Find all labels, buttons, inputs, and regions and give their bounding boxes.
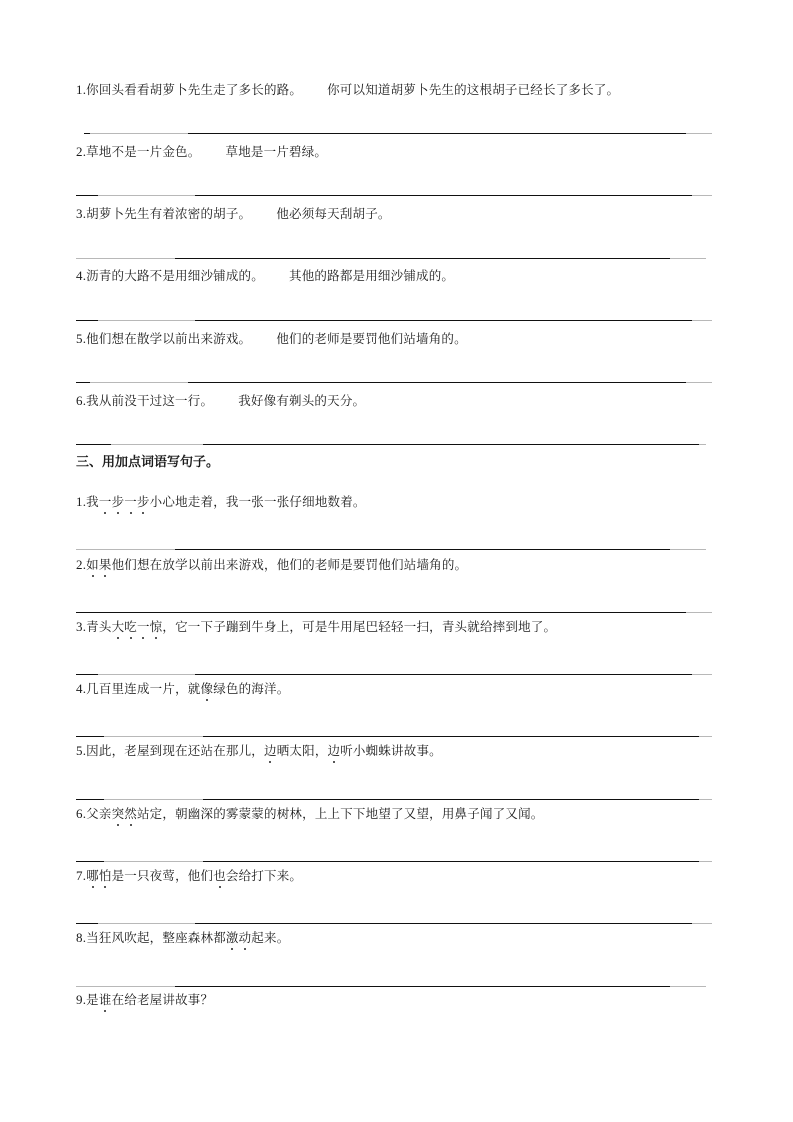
item-number: 5. bbox=[76, 331, 86, 346]
emphasis-dot-char: 一 bbox=[99, 494, 112, 510]
sentence-a: 胡萝卜先生有着浓密的胡子。 bbox=[86, 206, 251, 221]
answer-line-segment bbox=[686, 612, 712, 613]
sentence-item: 4.几百里连成一片，就像绿色的海洋。 bbox=[76, 681, 289, 697]
answer-line-segment bbox=[195, 674, 692, 675]
emphasis-dot-char: 一 bbox=[137, 619, 150, 635]
answer-line-segment bbox=[188, 133, 686, 134]
answer-line-segment bbox=[203, 861, 699, 862]
sentence-pair-item: 4.沥青的大路不是用细沙铺成的。 其他的路都是用细沙铺成的。 bbox=[76, 268, 454, 284]
sentence-a: 你回头看看胡萝卜先生走了多长的路。 bbox=[86, 82, 302, 97]
sentence-item: 2.如果他们想在放学以前出来游戏，他们的老师是要罚他们站墙角的。 bbox=[76, 557, 467, 573]
answer-line-segment bbox=[203, 736, 699, 737]
spacer bbox=[264, 268, 289, 283]
answer-line[interactable] bbox=[0, 986, 793, 988]
sentence-item: 8.当狂风吹起，整座森林都激动起来。 bbox=[76, 930, 289, 946]
answer-line-segment bbox=[686, 382, 712, 383]
sentence-a: 他们想在散学以前出来游戏。 bbox=[86, 331, 251, 346]
answer-line[interactable] bbox=[0, 799, 793, 801]
answer-line-segment bbox=[76, 861, 104, 862]
item-number: 4. bbox=[76, 681, 86, 696]
answer-line[interactable] bbox=[0, 444, 793, 446]
answer-line-segment bbox=[692, 195, 712, 196]
emphasis-dot-char: 步 bbox=[137, 494, 150, 510]
sentence-item: 1.我一步一步小心地走着，我一张一张仔细地数着。 bbox=[76, 494, 366, 510]
answer-line[interactable] bbox=[0, 382, 793, 384]
answer-line[interactable] bbox=[0, 612, 793, 614]
item-number: 9. bbox=[76, 992, 86, 1007]
emphasis-dot-char: 果 bbox=[99, 557, 112, 573]
answer-line[interactable] bbox=[0, 195, 793, 197]
item-number: 8. bbox=[76, 930, 86, 945]
spacer bbox=[200, 144, 225, 159]
sentence-b: 我好像有剃头的天分。 bbox=[238, 393, 365, 408]
sentence-item: 5.因此，老屋到现在还站在那儿，边晒太阳，边听小蜘蛛讲故事。 bbox=[76, 743, 442, 759]
item-number: 6. bbox=[76, 393, 86, 408]
sentence-pair-item: 5.他们想在散学以前出来游戏。 他们的老师是要罚他们站墙角的。 bbox=[76, 331, 467, 347]
answer-line-segment bbox=[203, 799, 699, 800]
answer-line-segment bbox=[699, 861, 712, 862]
sentence-a: 草地不是一片金色。 bbox=[86, 144, 200, 159]
answer-line-segment bbox=[98, 320, 195, 321]
item-number: 4. bbox=[76, 268, 86, 283]
emphasis-dot-char: 激 bbox=[226, 930, 239, 946]
emphasis-dot-char: 边 bbox=[264, 743, 277, 759]
emphasis-dot-char: 然 bbox=[124, 806, 137, 822]
answer-line-segment bbox=[692, 674, 712, 675]
emphasis-dot-char: 大 bbox=[112, 619, 125, 635]
item-number: 3. bbox=[76, 206, 86, 221]
sentence-b: 你可以知道胡萝卜先生的这根胡子已经长了多长了。 bbox=[327, 82, 619, 97]
answer-line-segment bbox=[670, 258, 706, 259]
sentence-item: 9.是谁在给老屋讲故事？ bbox=[76, 992, 213, 1008]
answer-line-segment bbox=[188, 382, 686, 383]
sentence-text: 哪怕是一只夜莺，他们也会给打下来。 bbox=[86, 868, 302, 883]
sentence-a: 我从前没干过这一行。 bbox=[86, 393, 213, 408]
item-number: 7. bbox=[76, 868, 86, 883]
answer-line[interactable] bbox=[0, 674, 793, 676]
answer-line[interactable] bbox=[0, 320, 793, 322]
answer-line[interactable] bbox=[0, 549, 793, 551]
answer-line-segment bbox=[76, 986, 175, 987]
emphasis-dot-char: 动 bbox=[239, 930, 252, 946]
answer-line-segment bbox=[111, 444, 203, 445]
item-number: 1. bbox=[76, 494, 86, 509]
emphasis-dot-char: 也 bbox=[213, 868, 226, 884]
emphasis-dot-char: 突 bbox=[112, 806, 125, 822]
answer-line-segment bbox=[90, 382, 188, 383]
item-number: 5. bbox=[76, 743, 86, 758]
answer-line[interactable] bbox=[0, 133, 793, 135]
emphasis-dot-char: 边 bbox=[328, 743, 341, 759]
sentence-b: 草地是一片碧绿。 bbox=[226, 144, 328, 159]
item-number: 1. bbox=[76, 82, 86, 97]
sentence-b: 他必须每天刮胡子。 bbox=[276, 206, 390, 221]
emphasis-dot-char: 一 bbox=[124, 494, 137, 510]
answer-line-segment bbox=[76, 736, 104, 737]
answer-line-segment bbox=[175, 258, 670, 259]
answer-line-segment bbox=[175, 549, 670, 550]
answer-line-segment bbox=[98, 674, 195, 675]
answer-line-segment bbox=[76, 195, 98, 196]
sentence-a: 沥青的大路不是用细沙铺成的。 bbox=[86, 268, 264, 283]
answer-line-segment bbox=[76, 382, 90, 383]
emphasis-dot-char: 吃 bbox=[124, 619, 137, 635]
spacer bbox=[251, 206, 276, 221]
sentence-pair-item: 2.草地不是一片金色。 草地是一片碧绿。 bbox=[76, 144, 327, 160]
item-number: 2. bbox=[76, 557, 86, 572]
emphasis-dot-char: 怕 bbox=[99, 868, 112, 884]
sentence-text: 我一步一步小心地走着，我一张一张仔细地数着。 bbox=[86, 494, 365, 509]
answer-line-segment bbox=[98, 923, 195, 924]
answer-line-segment bbox=[90, 612, 188, 613]
emphasis-dot-char: 惊 bbox=[150, 619, 163, 635]
answer-line-segment bbox=[692, 320, 712, 321]
answer-line-segment bbox=[76, 799, 104, 800]
spacer bbox=[251, 331, 276, 346]
sentence-b: 他们的老师是要罚他们站墙角的。 bbox=[276, 331, 467, 346]
answer-line-segment bbox=[76, 444, 111, 445]
item-number: 2. bbox=[76, 144, 86, 159]
answer-line-segment bbox=[104, 736, 203, 737]
sentence-text: 因此，老屋到现在还站在那儿，边晒太阳，边听小蜘蛛讲故事。 bbox=[86, 743, 442, 758]
item-number: 6. bbox=[76, 806, 86, 821]
answer-line-segment bbox=[195, 320, 692, 321]
answer-line-segment bbox=[692, 923, 712, 924]
answer-line-segment bbox=[195, 923, 692, 924]
sentence-b: 其他的路都是用细沙铺成的。 bbox=[289, 268, 454, 283]
answer-line-segment bbox=[76, 549, 175, 550]
answer-line-segment bbox=[76, 612, 90, 613]
emphasis-dot-char: 谁 bbox=[99, 992, 112, 1008]
sentence-text: 当狂风吹起，整座森林都激动起来。 bbox=[86, 930, 289, 945]
sentence-pair-item: 3.胡萝卜先生有着浓密的胡子。 他必须每天刮胡子。 bbox=[76, 206, 391, 222]
emphasis-dot-char: 如 bbox=[86, 557, 99, 573]
sentence-item: 7.哪怕是一只夜莺，他们也会给打下来。 bbox=[76, 868, 302, 884]
answer-line[interactable] bbox=[0, 736, 793, 738]
answer-line-segment bbox=[98, 195, 195, 196]
sentence-text: 几百里连成一片，就像绿色的海洋。 bbox=[86, 681, 289, 696]
answer-line-segment bbox=[699, 444, 706, 445]
answer-line-segment bbox=[175, 986, 670, 987]
answer-line[interactable] bbox=[0, 258, 793, 260]
spacer bbox=[213, 393, 238, 408]
answer-line-segment bbox=[699, 736, 712, 737]
answer-line-segment bbox=[188, 612, 686, 613]
sentence-pair-item: 1.你回头看看胡萝卜先生走了多长的路。 你可以知道胡萝卜先生的这根胡子已经长了多… bbox=[76, 82, 619, 98]
answer-line-segment bbox=[686, 133, 712, 134]
answer-line-segment bbox=[670, 986, 706, 987]
sentence-item: 6.父亲突然站定，朝幽深的雾蒙蒙的树林，上上下下地望了又望，用鼻子闻了又闻。 bbox=[76, 806, 543, 822]
answer-line-segment bbox=[76, 320, 98, 321]
answer-line-segment bbox=[670, 549, 706, 550]
answer-line[interactable] bbox=[0, 861, 793, 863]
answer-line-segment bbox=[90, 133, 188, 134]
sentence-text: 父亲突然站定，朝幽深的雾蒙蒙的树林，上上下下地望了又望，用鼻子闻了又闻。 bbox=[86, 806, 543, 821]
sentence-text: 是谁在给老屋讲故事？ bbox=[86, 992, 213, 1007]
answer-line-segment bbox=[699, 799, 712, 800]
section-heading: 三、用加点词语写句子。 bbox=[76, 455, 219, 471]
emphasis-dot-char: 哪 bbox=[86, 868, 99, 884]
sentence-pair-item: 6.我从前没干过这一行。 我好像有剃头的天分。 bbox=[76, 393, 365, 409]
answer-line-segment bbox=[76, 923, 98, 924]
sentence-item: 3.青头大吃一惊，它一下子蹦到牛身上，可是牛用尾巴轻轻一扫，青头就给摔到地了。 bbox=[76, 619, 556, 635]
answer-line-segment bbox=[76, 258, 175, 259]
answer-line[interactable] bbox=[0, 923, 793, 925]
sentence-text: 青头大吃一惊，它一下子蹦到牛身上，可是牛用尾巴轻轻一扫，青头就给摔到地了。 bbox=[86, 619, 556, 634]
answer-line-segment bbox=[203, 444, 699, 445]
sentence-text: 如果他们想在放学以前出来游戏，他们的老师是要罚他们站墙角的。 bbox=[86, 557, 467, 572]
item-number: 3. bbox=[76, 619, 86, 634]
answer-line-segment bbox=[104, 861, 203, 862]
answer-line-segment bbox=[76, 674, 98, 675]
answer-line-segment bbox=[195, 195, 692, 196]
spacer bbox=[302, 82, 327, 97]
emphasis-dot-char: 像 bbox=[200, 681, 213, 697]
answer-line-segment bbox=[104, 799, 203, 800]
emphasis-dot-char: 步 bbox=[112, 494, 125, 510]
